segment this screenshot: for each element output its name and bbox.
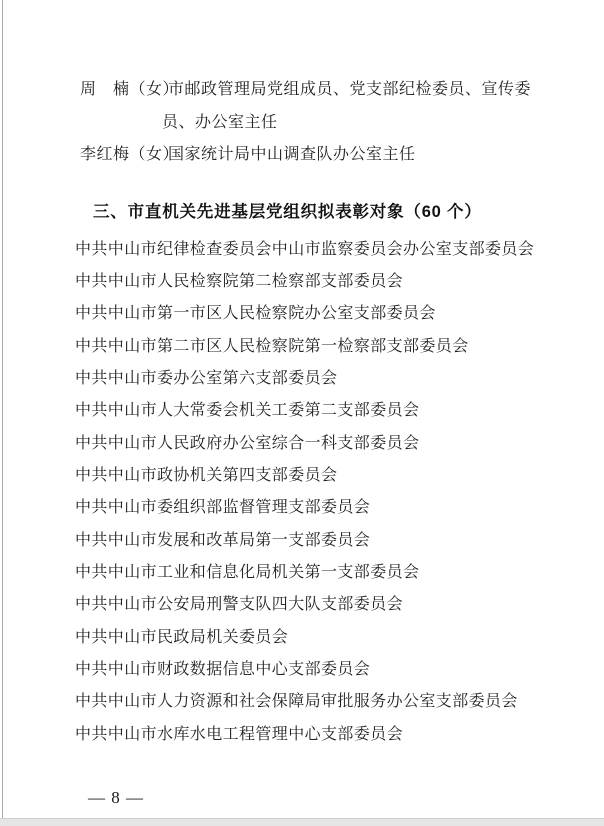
- org-list-item: 中共中山市公安局刑警支队四大队支部委员会: [75, 597, 403, 613]
- honoree-role: 国家统计局中山调查队办公室主任: [168, 147, 416, 163]
- org-list-item: 中共中山市人民检察院第二检察部支部委员会: [75, 274, 403, 290]
- org-list-item: 中共中山市委办公室第六支部委员会: [75, 371, 337, 387]
- org-list-item: 中共中山市人民政府办公室综合一科支部委员会: [75, 436, 419, 452]
- org-list-item: 中共中山市委组织部监督管理支部委员会: [75, 500, 370, 516]
- page-left-edge: [2, 0, 3, 826]
- org-list-item: 中共中山市人力资源和社会保障局审批服务办公室支部委员会: [75, 694, 518, 710]
- org-list-item: 中共中山市发展和改革局第一支部委员会: [75, 533, 370, 549]
- org-list-item: 中共中山市政协机关第四支部委员会: [75, 468, 337, 484]
- org-list-item: 中共中山市第一市区人民检察院办公室支部委员会: [75, 306, 436, 322]
- honoree-role: 市邮政管理局党组成员、党支部纪检委员、宣传委: [168, 82, 531, 98]
- org-list-item: 中共中山市人大常委会机关工委第二支部委员会: [75, 403, 419, 419]
- page-number: — 8 —: [88, 789, 144, 806]
- org-list-item: 中共中山市民政局机关委员会: [75, 630, 288, 646]
- org-list-item: 中共中山市工业和信息化局机关第一支部委员会: [75, 565, 419, 581]
- org-list-item: 中共中山市第二市区人民检察院第一检察部支部委员会: [75, 339, 469, 355]
- honoree-role-continuation: 员、办公室主任: [162, 115, 278, 131]
- document-page: 周 楠（女） 市邮政管理局党组成员、党支部纪检委员、宣传委 员、办公室主任 李红…: [0, 0, 604, 826]
- org-list-item: 中共中山市纪律检查委员会中山市监察委员会办公室支部委员会: [75, 242, 534, 258]
- page-bottom-edge: [0, 818, 604, 826]
- honoree-name: 周 楠（女）: [80, 82, 179, 98]
- org-list-item: 中共中山市水库水电工程管理中心支部委员会: [75, 727, 403, 743]
- section-heading: 三、市直机关先进基层党组织拟表彰对象（60 个）: [93, 204, 482, 221]
- honoree-name: 李红梅（女）: [80, 147, 179, 163]
- org-list-item: 中共中山市财政数据信息中心支部委员会: [75, 662, 370, 678]
